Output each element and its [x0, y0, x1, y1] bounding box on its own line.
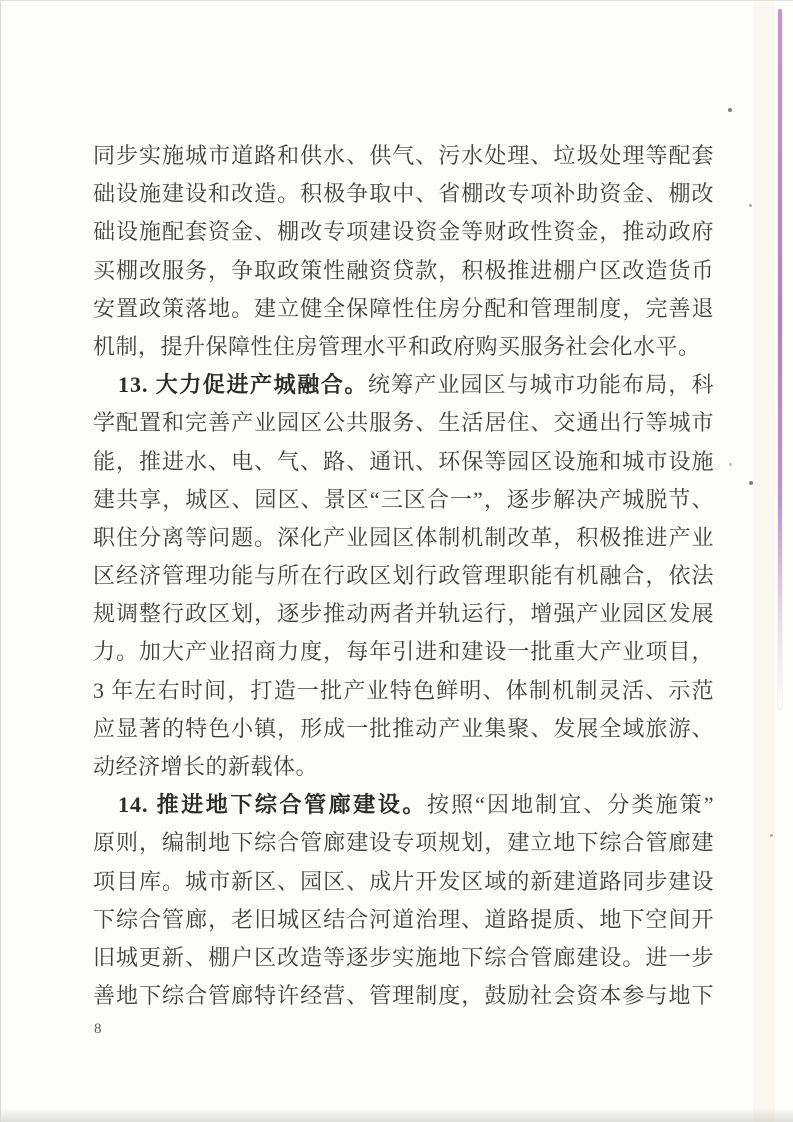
text-line: 善地下综合管廊特许经营、管理制度，鼓励社会资本参与地下综 — [93, 977, 714, 1015]
text-line: 3 年左右时间，打造一批产业特色鲜明、体制机制灵活、示范效 — [93, 672, 714, 710]
scanned-document-page: 同步实施城市道路和供水、供气、污水处理、垃圾处理等配套基础设施建设和改造。积极争… — [0, 0, 793, 1122]
text-line: 能，推进水、电、气、路、通讯、环保等园区设施和城市设施共 — [93, 443, 714, 481]
text-line: 安置政策落地。建立健全保障性住房分配和管理制度，完善退出 — [93, 290, 714, 328]
text-line: 建共享，城区、园区、景区“三区合一”，逐步解决产城脱节、 — [93, 481, 714, 519]
text-line: 买棚改服务，争取政策性融资贷款，积极推进棚户区改造货币化 — [93, 252, 714, 290]
text-line: 规调整行政区划，逐步推动两者并轨运行，增强产业园区发展活 — [93, 595, 714, 633]
scan-speck — [749, 481, 753, 485]
text-line: 旧城更新、棚户区改造等逐步实施地下综合管廊建设。进一步完 — [93, 939, 714, 977]
heading-trailing-text: 统筹产业园区与城市功能布局，科 — [368, 372, 714, 397]
text-line: 力。加大产业招商力度，每年引进和建设一批重大产业项目，用 — [93, 633, 714, 671]
scan-bottom-shadow — [1, 1108, 793, 1122]
scan-discoloration-strip — [753, 1, 775, 1122]
paragraph-number-heading: 14. 推进地下综合管廊建设。 — [118, 792, 427, 817]
text-line: 区经济管理功能与所在行政区划行政管理职能有机融合，依法依 — [93, 557, 714, 595]
text-line: 14. 推进地下综合管廊建设。按照“因地制宜、分类施策” — [93, 786, 714, 824]
paragraph-number-heading: 13. 大力促进产城融合。 — [118, 372, 368, 397]
scan-speck — [770, 834, 773, 837]
text-line: 原则，编制地下综合管廊建设专项规划，建立地下综合管廊建设 — [93, 824, 714, 862]
text-line: 同步实施城市道路和供水、供气、污水处理、垃圾处理等配套基 — [93, 137, 714, 175]
text-line: 机制，提升保障性住房管理水平和政府购买服务社会化水平。 — [93, 328, 714, 366]
scan-speck — [749, 204, 752, 207]
text-line: 13. 大力促进产城融合。统筹产业园区与城市功能布局，科 — [93, 366, 714, 404]
paragraph: 13. 大力促进产城融合。统筹产业园区与城市功能布局，科学配置和完善产业园区公共… — [93, 366, 714, 786]
document-body: 同步实施城市道路和供水、供气、污水处理、垃圾处理等配套基础设施建设和改造。积极争… — [93, 137, 714, 1015]
text-line: 础设施建设和改造。积极争取中、省棚改专项补助资金、棚改基 — [93, 175, 714, 213]
text-line: 下综合管廊，老旧城区结合河道治理、道路提质、地下空间开发、 — [93, 901, 714, 939]
paragraph: 14. 推进地下综合管廊建设。按照“因地制宜、分类施策”原则，编制地下综合管廊建… — [93, 786, 714, 1015]
text-line: 动经济增长的新载体。 — [93, 748, 714, 786]
text-line: 职住分离等问题。深化产业园区体制机制改革，积极推进产业园 — [93, 519, 714, 557]
scan-speck — [729, 463, 732, 466]
scan-edge-line — [778, 9, 782, 709]
text-line: 学配置和完善产业园区公共服务、生活居住、交通出行等城市功 — [93, 404, 714, 442]
text-line: 应显著的特色小镇，形成一批推动产业集聚、发展全域旅游、拉 — [93, 710, 714, 748]
text-line: 项目库。城市新区、园区、成片开发区域的新建道路同步建设地 — [93, 863, 714, 901]
scan-speck — [728, 108, 732, 112]
heading-trailing-text: 按照“因地制宜、分类施策” — [427, 792, 714, 817]
text-line: 础设施配套资金、棚改专项建设资金等财政性资金，推动政府购 — [93, 213, 714, 251]
page-number: 8 — [94, 1021, 102, 1038]
paragraph: 同步实施城市道路和供水、供气、污水处理、垃圾处理等配套基础设施建设和改造。积极争… — [93, 137, 714, 366]
